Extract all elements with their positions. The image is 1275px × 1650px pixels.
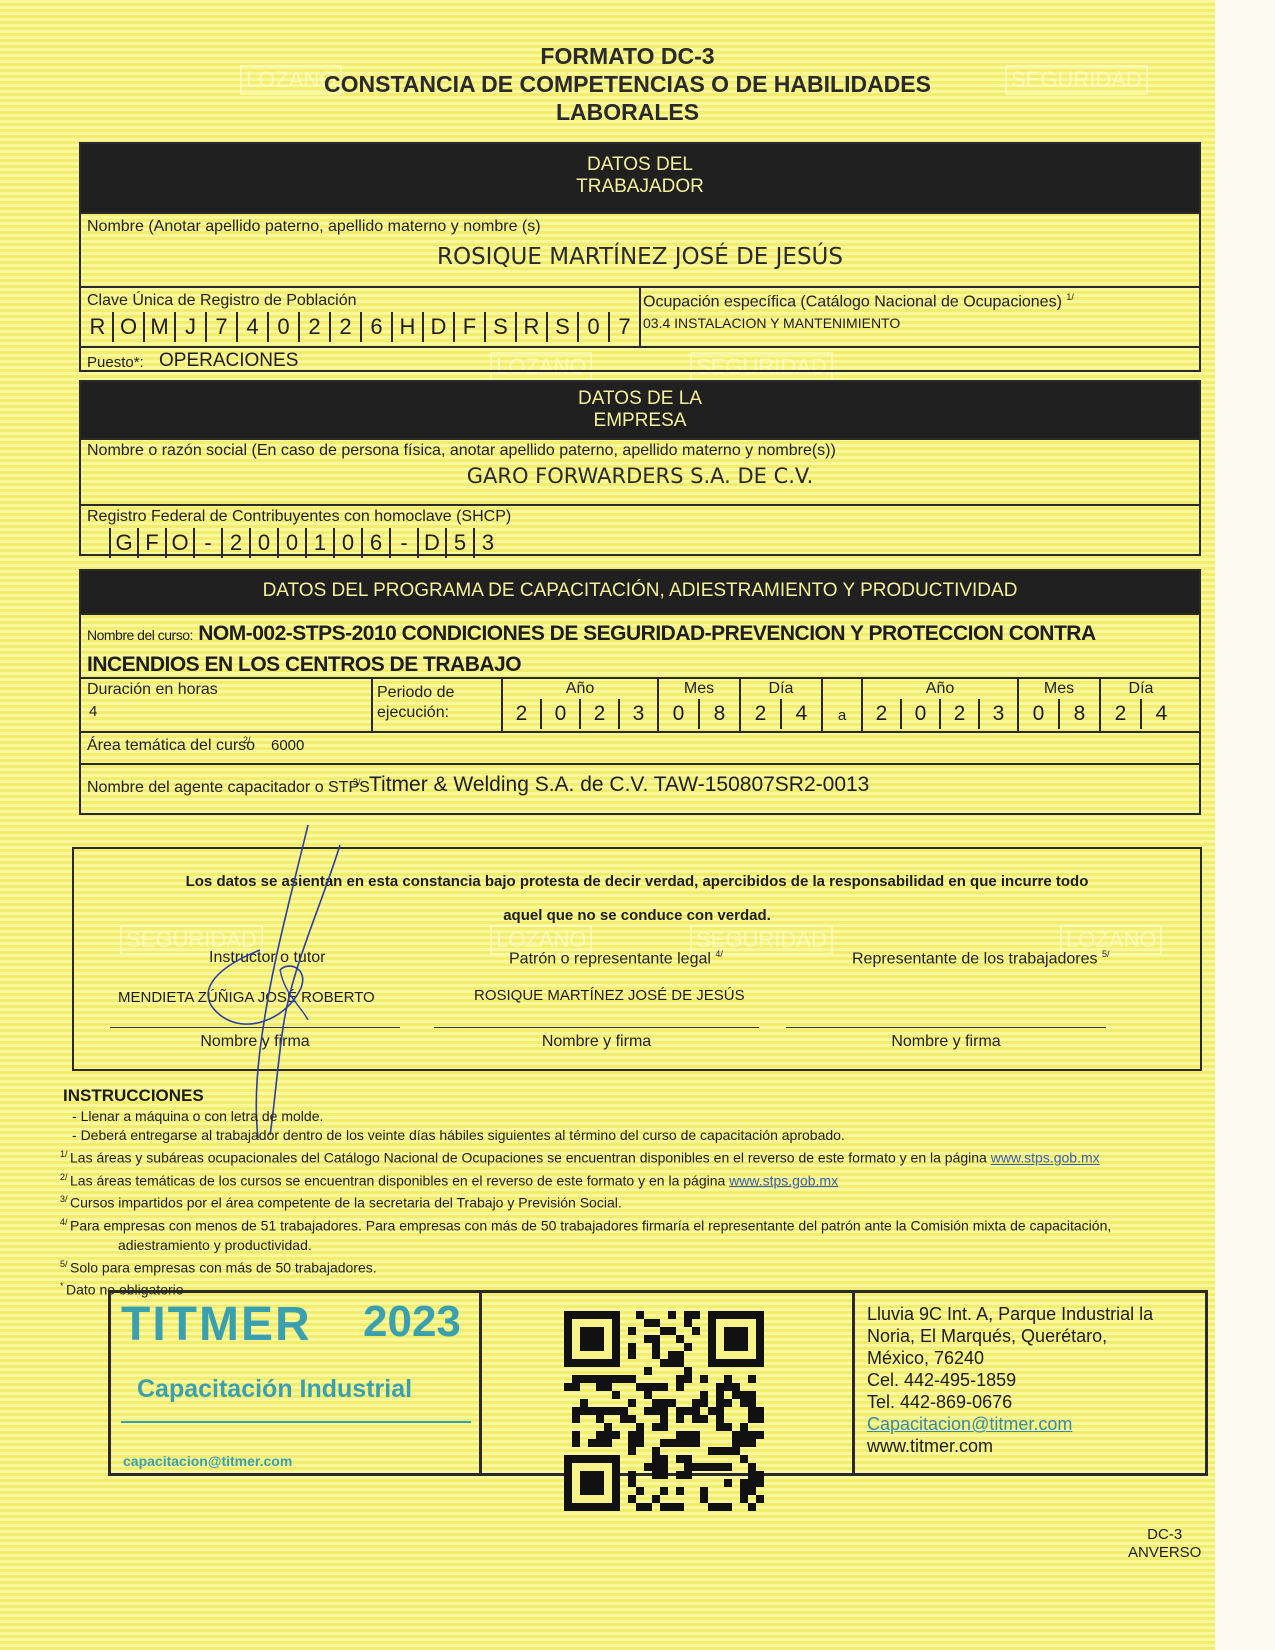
end-month-digit: 0 [1019, 699, 1058, 729]
stamp-year: 2023 [363, 1297, 461, 1347]
instruction-text: Llenar a máquina o con letra de molde. [81, 1108, 324, 1124]
start-month-digit: 8 [698, 699, 739, 729]
address: Lluvia 9C Int. A, Parque Industrial laNo… [867, 1303, 1193, 1413]
program-section: DATOS DEL PROGRAMA DE CAPACITACIÓN, ADIE… [79, 569, 1201, 815]
instruction-item: 2/ Las áreas temáticas de los cursos se … [60, 1168, 1160, 1191]
start-day-digit: 2 [741, 699, 780, 729]
course-name-value-line-1: NOM-002-STPS-2010 CONDICIONES DE SEGURID… [198, 622, 1095, 645]
rfc-char-cell: 3 [473, 528, 501, 558]
thematic-area-row: Área temática del curso 2/ 6000 [81, 731, 1199, 763]
rfc-char-cell: 0 [249, 528, 277, 558]
title-line-3: LABORALES [0, 98, 1255, 126]
curp-char-cell: 7 [608, 312, 639, 342]
curp-char-cell: F [453, 312, 484, 342]
trainer-value: Titmer & Welding S.A. de C.V. TAW-150807… [369, 773, 869, 797]
position-label: Puesto*: [87, 354, 144, 371]
instruction-item: - Deberá entregarse al trabajador dentro… [60, 1126, 1160, 1145]
trainer-footnote: 3/ [353, 777, 361, 787]
rfc-label: Registro Federal de Contribuyentes con h… [87, 508, 511, 526]
end-day-digit: 2 [1101, 699, 1140, 729]
worker-header-line-2: TRABAJADOR [81, 176, 1199, 198]
curp-char-cell: S [546, 312, 577, 342]
instruction-text-continued: adiestramiento y productividad. [60, 1236, 1160, 1255]
rfc-char-cell: 0 [333, 528, 361, 558]
rfc-char-cell: 6 [361, 528, 389, 558]
start-year-digit: 2 [503, 699, 540, 729]
employer-footnote: 4/ [715, 949, 723, 959]
start-day: Día24 [739, 679, 821, 731]
occupation-footnote: 1/ [1066, 292, 1074, 302]
instruction-mark: 3/ [60, 1194, 70, 1204]
start-year-digit: 2 [579, 699, 618, 729]
rfc-char-cell: O [165, 528, 193, 558]
end-month-digit: 8 [1058, 699, 1099, 729]
instruction-mark: 2/ [60, 1172, 70, 1182]
contact-website: www.titmer.com [867, 1435, 1193, 1457]
address-line: Tel. 442-869-0676 [867, 1391, 1193, 1413]
instruction-text: Para empresas con menos de 51 trabajador… [70, 1218, 1111, 1234]
curp-label: Clave Única de Registro de Población [87, 292, 356, 310]
rfc-char-cell: G [109, 528, 137, 558]
course-name-value-line-2: INCENDIOS EN LOS CENTROS DE TRABAJO [87, 653, 521, 676]
curp-char-cell: R [515, 312, 546, 342]
rfc-cells: GFO-200106-D53 [83, 528, 501, 558]
instruction-text: Deberá entregarse al trabajador dentro d… [81, 1127, 845, 1143]
company-header-line-1: DATOS DE LA [81, 388, 1199, 410]
title-line-1: FORMATO DC-3 [0, 42, 1255, 70]
rfc-char-cell: F [137, 528, 165, 558]
course-name: Nombre del curso: NOM-002-STPS-2010 COND… [87, 619, 1187, 679]
curp-char-cell: H [391, 312, 422, 342]
worker-section: DATOS DEL TRABAJADOR Nombre (Anotar apel… [79, 142, 1201, 372]
end-year-digit: 2 [939, 699, 978, 729]
instruction-item: 4/ Para empresas con menos de 51 trabaja… [60, 1213, 1160, 1236]
curp-char-cell: 4 [236, 312, 267, 342]
instruction-item: 5/ Solo para empresas con más de 50 trab… [60, 1255, 1160, 1278]
worker-position-row: Puesto*: OPERACIONES [81, 346, 1199, 374]
qr-cell [482, 1293, 855, 1473]
instruction-mark: 5/ [60, 1259, 70, 1269]
form-code: DC-3 ANVERSO [1128, 1526, 1201, 1562]
instruction-text: Las áreas y subáreas ocupacionales del C… [70, 1150, 991, 1166]
curp-char-cell: 0 [267, 312, 298, 342]
footer-box: TITMER 2023 Capacitación Industrial capa… [108, 1290, 1208, 1476]
curp-cells: ROMJ740226HDFSRS07 [83, 312, 639, 342]
thematic-area-value: 6000 [271, 737, 304, 754]
company-rfc-row: Registro Federal de Contribuyentes con h… [81, 504, 1199, 558]
curp-char-cell: 0 [577, 312, 608, 342]
stamp-subtitle: Capacitación Industrial [137, 1375, 412, 1404]
company-name-label: Nombre o razón social (En caso de person… [87, 442, 836, 460]
employer-label: Patrón o representante legal [509, 950, 711, 967]
workers-rep-label: Representante de los trabajadores [852, 950, 1098, 967]
occupation-field: Ocupación específica (Catálogo Nacional … [643, 292, 1074, 331]
occupation-label: Ocupación específica (Catálogo Nacional … [643, 293, 1062, 310]
thematic-area-footnote: 2/ [243, 735, 251, 745]
curp-char-cell: 7 [205, 312, 236, 342]
address-line: México, 76240 [867, 1347, 1193, 1369]
workers-rep-signature-caption: Nombre y firma [786, 1033, 1106, 1051]
period-label-line-1: Periodo de [377, 683, 454, 703]
instruction-text: Las áreas temáticas de los cursos se enc… [70, 1172, 729, 1188]
position-value: OPERACIONES [159, 350, 298, 372]
contact-info: Lluvia 9C Int. A, Parque Industrial laNo… [855, 1293, 1205, 1473]
rfc-char-cell: - [389, 528, 417, 558]
instructions-list: - Llenar a máquina o con letra de molde.… [60, 1107, 1160, 1300]
start-year: Año2023 [501, 679, 657, 731]
duration-period-row: Duración en horas 4 Periodo de ejecución… [81, 677, 1199, 731]
stps-link[interactable]: www.stps.gob.mx [729, 1172, 838, 1188]
period-separator: a [821, 679, 861, 731]
rfc-char-cell: D [417, 528, 445, 558]
instruction-item: 3/ Cursos impartidos por el área compete… [60, 1190, 1160, 1213]
duration-field: Duración en horas 4 [81, 679, 373, 731]
curp-char-cell: J [174, 312, 205, 342]
document-title: FORMATO DC-3 CONSTANCIA DE COMPETENCIAS … [0, 42, 1255, 126]
instruction-mark: - [72, 1108, 81, 1124]
thematic-area-label: Área temática del curso [87, 737, 255, 755]
employer-signature-line [434, 1027, 759, 1028]
occupation-value: 03.4 INSTALACION Y MANTENIMIENTO [643, 315, 1074, 331]
stamp-divider [121, 1421, 471, 1423]
period-label-line-2: ejecución: [377, 703, 454, 723]
duration-value: 4 [89, 703, 97, 720]
trainer-row: Nombre del agente capacitador o STPS 3/ … [81, 763, 1199, 815]
instruction-item: 1/ Las áreas y subáreas ocupacionales de… [60, 1145, 1160, 1168]
curp-field: Clave Única de Registro de Población ROM… [81, 288, 641, 348]
duration-label: Duración en horas [87, 681, 218, 699]
end-month-header: Mes [1019, 679, 1099, 699]
end-year: Año2023 [861, 679, 1017, 731]
rfc-char-cell: 2 [221, 528, 249, 558]
company-name-value: GARO FORWARDERS S.A. DE C.V. [81, 464, 1199, 488]
worker-section-header: DATOS DEL TRABAJADOR [81, 144, 1199, 212]
company-section-header: DATOS DE LA EMPRESA [81, 382, 1199, 438]
instruction-mark: 4/ [60, 1217, 70, 1227]
rfc-char-cell: - [193, 528, 221, 558]
stamp-brand: TITMER [121, 1297, 312, 1352]
employer-signature-caption: Nombre y firma [434, 1033, 759, 1051]
start-month: Mes08 [657, 679, 739, 731]
instructor-signature-icon [190, 820, 350, 1140]
start-month-digit: 0 [659, 699, 698, 729]
address-line: Cel. 442-495-1859 [867, 1369, 1193, 1391]
start-day-header: Día [741, 679, 821, 699]
program-section-header: DATOS DEL PROGRAMA DE CAPACITACIÓN, ADIE… [81, 571, 1199, 613]
instructions-title: INSTRUCCIONES [63, 1086, 204, 1106]
curp-char-cell: D [422, 312, 453, 342]
end-year-digit: 3 [978, 699, 1017, 729]
qr-code-icon[interactable] [564, 1311, 764, 1511]
rfc-char-cell: 5 [445, 528, 473, 558]
title-line-2: CONSTANCIA DE COMPETENCIAS O DE HABILIDA… [0, 70, 1255, 98]
instruction-item: - Llenar a máquina o con letra de molde. [60, 1107, 1160, 1126]
end-day-header: Día [1101, 679, 1181, 699]
workers-rep-signature-line [786, 1027, 1106, 1028]
worker-curp-row: Clave Única de Registro de Población ROM… [81, 286, 1199, 346]
curp-char-cell: 6 [360, 312, 391, 342]
curp-char-cell: O [112, 312, 143, 342]
start-year-digit: 3 [618, 699, 657, 729]
end-year-digit: 0 [900, 699, 939, 729]
curp-char-cell: 2 [329, 312, 360, 342]
start-month-header: Mes [659, 679, 739, 699]
workers-rep-footnote: 5/ [1102, 949, 1110, 959]
stamp-email: capacitacion@titmer.com [123, 1453, 292, 1469]
curp-char-cell: M [143, 312, 174, 342]
contact-email-link[interactable]: Capacitacion@titmer.com [867, 1413, 1193, 1435]
instruction-mark: 1/ [60, 1149, 70, 1159]
end-year-header: Año [863, 679, 1017, 699]
stps-link[interactable]: www.stps.gob.mx [991, 1150, 1100, 1166]
employer-name: ROSIQUE MARTÍNEZ JOSÉ DE JESÚS [474, 987, 745, 1004]
address-line: Noria, El Marqués, Querétaro, [867, 1325, 1193, 1347]
worker-name-row: Nombre (Anotar apellido paterno, apellid… [81, 212, 1199, 286]
company-name-row: Nombre o razón social (En caso de person… [81, 438, 1199, 504]
form-side-label: ANVERSO [1128, 1544, 1201, 1562]
period-grid: Año2023Mes08Día24aAño2023Mes08Día24 [501, 679, 1181, 731]
start-day-digit: 4 [780, 699, 821, 729]
rfc-char-cell [83, 528, 109, 558]
course-name-label: Nombre del curso: [87, 627, 193, 643]
start-year-header: Año [503, 679, 657, 699]
end-day-digit: 4 [1140, 699, 1181, 729]
start-year-digit: 0 [540, 699, 579, 729]
rfc-char-cell: 1 [305, 528, 333, 558]
trainer-label: Nombre del agente capacitador o STPS [87, 779, 370, 797]
course-name-row: Nombre del curso: NOM-002-STPS-2010 COND… [81, 613, 1199, 677]
form-code-label: DC-3 [1128, 1526, 1201, 1544]
end-day: Día24 [1099, 679, 1181, 731]
titmer-stamp: TITMER 2023 Capacitación Industrial capa… [111, 1293, 482, 1473]
stamp-code: DC-5 [387, 1469, 457, 1473]
company-section: DATOS DE LA EMPRESA Nombre o razón socia… [79, 380, 1201, 556]
rfc-char-cell: 0 [277, 528, 305, 558]
end-month: Mes08 [1017, 679, 1099, 731]
period-label: Periodo de ejecución: [377, 683, 454, 723]
instruction-text: Solo para empresas con más de 50 trabaja… [70, 1259, 377, 1275]
worker-header-line-1: DATOS DEL [81, 154, 1199, 176]
worker-name-value: ROSIQUE MARTÍNEZ JOSÉ DE JESÚS [81, 244, 1199, 270]
page-edge [1215, 0, 1275, 1650]
end-year-digit: 2 [863, 699, 900, 729]
worker-name-label: Nombre (Anotar apellido paterno, apellid… [87, 218, 541, 236]
address-line: Lluvia 9C Int. A, Parque Industrial la [867, 1303, 1193, 1325]
curp-char-cell: S [484, 312, 515, 342]
instruction-mark: - [72, 1127, 81, 1143]
instruction-text: Cursos impartidos por el área competente… [70, 1195, 622, 1211]
curp-char-cell: 2 [298, 312, 329, 342]
curp-char-cell: R [83, 312, 112, 342]
company-header-line-2: EMPRESA [81, 410, 1199, 432]
